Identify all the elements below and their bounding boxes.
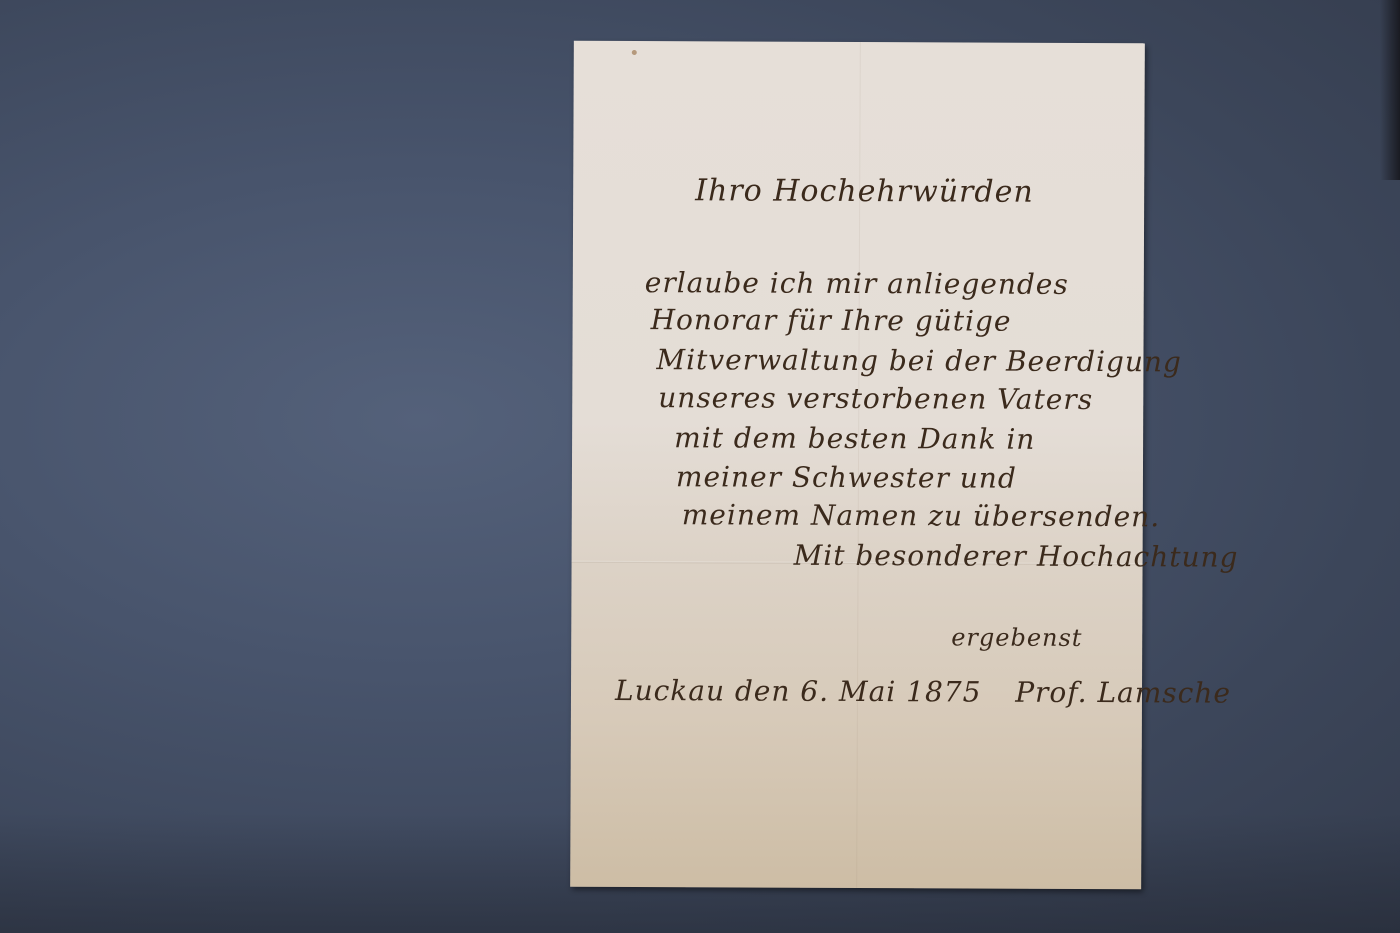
letter-body-line: mit dem besten Dank in [674, 424, 1035, 454]
letter-place-date: Luckau den 6. Mai 1875 [615, 674, 982, 709]
letter-complimentary-close: ergebenst [951, 625, 1082, 650]
letter-signature: Prof. Lamsche [1015, 676, 1231, 710]
letter-signature-line: Luckau den 6. Mai 1875 Prof. Lamsche [615, 677, 1231, 708]
letter-salutation: Ihro Hochehrwürden [695, 176, 1034, 207]
backdrop-shadow [1380, 0, 1400, 180]
letter-body-line: meinem Namen zu übersenden. [682, 501, 1161, 531]
letter-body-line: erlaube ich mir anliegendes [645, 269, 1069, 299]
letter-body-line: Honorar für Ihre gütige [651, 306, 1012, 336]
letter-paper: Ihro Hochehrwürden erlaube ich mir anlie… [570, 41, 1145, 889]
foxing-spot [632, 50, 637, 55]
letter-body-line: Mitverwaltung bei der Beerdigung [656, 346, 1182, 376]
letter-body-line: meiner Schwester und [676, 463, 1017, 492]
letter-body-line: unseres verstorbenen Vaters [658, 384, 1093, 414]
letter-closing: Mit besonderer Hochachtung [794, 542, 1239, 572]
